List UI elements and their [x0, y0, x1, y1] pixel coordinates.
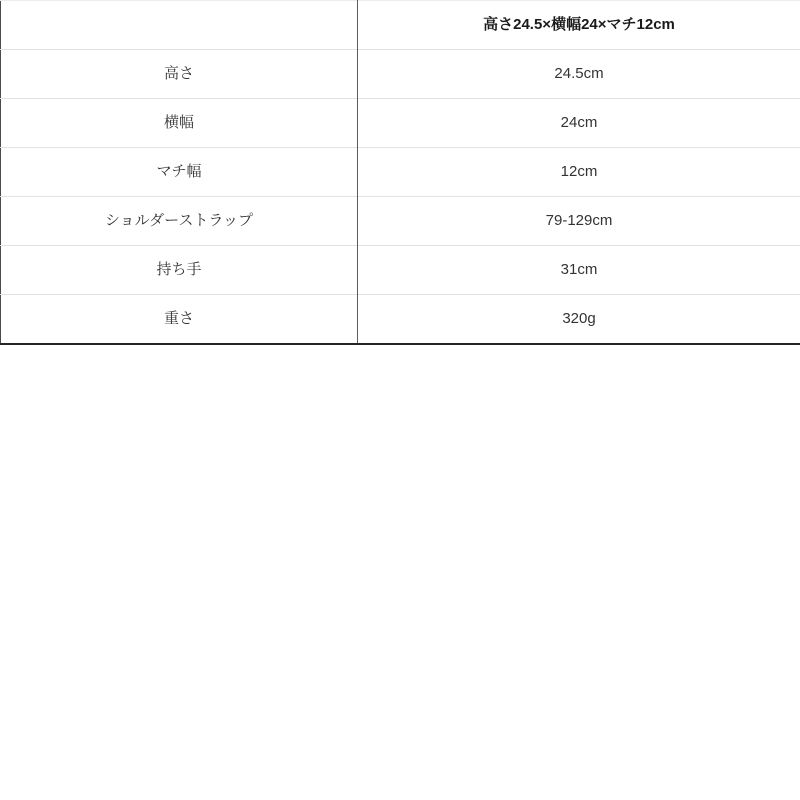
spec-row: 高さ24.5cm	[1, 50, 800, 99]
spec-row-label: 持ち手	[1, 246, 358, 295]
spec-header-label	[1, 1, 358, 50]
spec-row-value: 24cm	[358, 99, 800, 148]
spec-row-label: 重さ	[1, 295, 358, 345]
spec-row-label: 高さ	[1, 50, 358, 99]
spec-row-label: ショルダーストラップ	[1, 197, 358, 246]
spec-table-body: 高さ24.5cm横幅24cmマチ幅12cmショルダーストラップ79-129cm持…	[1, 50, 800, 345]
spec-row-value: 79-129cm	[358, 197, 800, 246]
spec-row-value: 31cm	[358, 246, 800, 295]
spec-header-row: 高さ24.5×横幅24×マチ12cm	[1, 1, 800, 50]
spec-row: ショルダーストラップ79-129cm	[1, 197, 800, 246]
spec-header-value: 高さ24.5×横幅24×マチ12cm	[358, 1, 800, 50]
spec-table: 高さ24.5×横幅24×マチ12cm 高さ24.5cm横幅24cmマチ幅12cm…	[0, 0, 800, 345]
spec-row-value: 320g	[358, 295, 800, 345]
product-spec-page: 高さ24.5×横幅24×マチ12cm 高さ24.5cm横幅24cmマチ幅12cm…	[0, 0, 800, 800]
spec-row: マチ幅12cm	[1, 148, 800, 197]
spec-row-value: 24.5cm	[358, 50, 800, 99]
spec-row-label: マチ幅	[1, 148, 358, 197]
spec-row-label: 横幅	[1, 99, 358, 148]
spec-row: 横幅24cm	[1, 99, 800, 148]
spec-row-value: 12cm	[358, 148, 800, 197]
spec-row: 重さ320g	[1, 295, 800, 345]
spec-row: 持ち手31cm	[1, 246, 800, 295]
